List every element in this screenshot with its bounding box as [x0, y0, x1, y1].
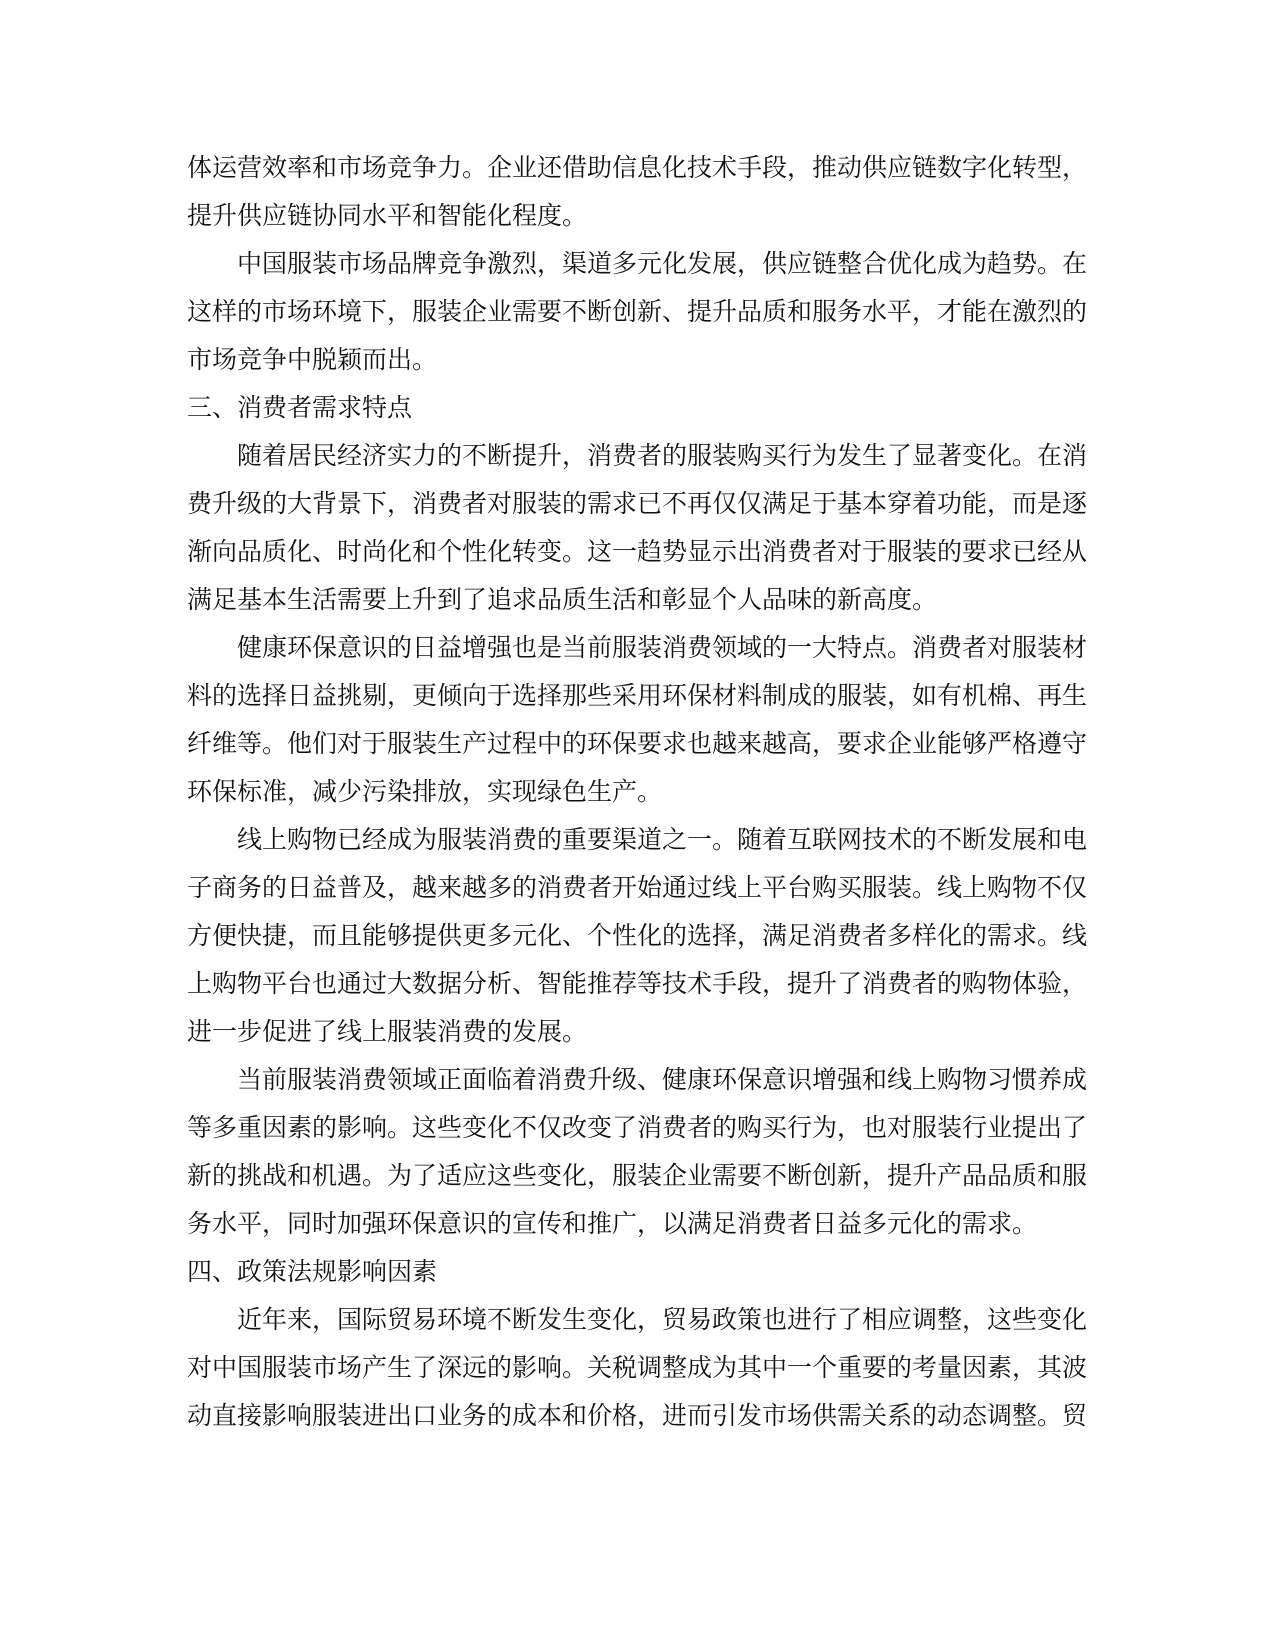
text-line: 当前服装消费领域正面临着消费升级、健康环保意识增强和线上购物习惯养成 [187, 1056, 1087, 1104]
text-line: 中国服装市场品牌竞争激烈，渠道多元化发展，供应链整合优化成为趋势。在 [187, 240, 1087, 288]
text-line: 费升级的大背景下，消费者对服装的需求已不再仅仅满足于基本穿着功能，而是逐 [187, 480, 1087, 528]
text-line: 上购物平台也通过大数据分析、智能推荐等技术手段，提升了消费者的购物体验， [187, 960, 1087, 1008]
text-line: 这样的市场环境下，服装企业需要不断创新、提升品质和服务水平，才能在激烈的 [187, 288, 1087, 336]
text-line: 体运营效率和市场竞争力。企业还借助信息化技术手段，推动供应链数字化转型， [187, 144, 1087, 192]
document-body: 体运营效率和市场竞争力。企业还借助信息化技术手段，推动供应链数字化转型，提升供应… [187, 144, 1087, 1440]
section-heading: 四、政策法规影响因素 [187, 1248, 1087, 1296]
text-line: 提升供应链协同水平和智能化程度。 [187, 192, 1087, 240]
text-line: 对中国服装市场产生了深远的影响。关税调整成为其中一个重要的考量因素，其波 [187, 1344, 1087, 1392]
text-line: 动直接影响服装进出口业务的成本和价格，进而引发市场供需关系的动态调整。贸 [187, 1392, 1087, 1440]
text-line: 健康环保意识的日益增强也是当前服装消费领域的一大特点。消费者对服装材 [187, 624, 1087, 672]
text-line: 纤维等。他们对于服装生产过程中的环保要求也越来越高，要求企业能够严格遵守 [187, 720, 1087, 768]
text-line: 渐向品质化、时尚化和个性化转变。这一趋势显示出消费者对于服装的要求已经从 [187, 528, 1087, 576]
text-line: 满足基本生活需要上升到了追求品质生活和彰显个人品味的新高度。 [187, 576, 1087, 624]
text-line: 环保标准，减少污染排放，实现绿色生产。 [187, 768, 1087, 816]
text-line: 近年来，国际贸易环境不断发生变化，贸易政策也进行了相应调整，这些变化 [187, 1296, 1087, 1344]
section-heading: 三、消费者需求特点 [187, 384, 1087, 432]
text-line: 料的选择日益挑剔，更倾向于选择那些采用环保材料制成的服装，如有机棉、再生 [187, 672, 1087, 720]
text-line: 等多重因素的影响。这些变化不仅改变了消费者的购买行为，也对服装行业提出了 [187, 1104, 1087, 1152]
text-line: 线上购物已经成为服装消费的重要渠道之一。随着互联网技术的不断发展和电 [187, 816, 1087, 864]
document-page: 体运营效率和市场竞争力。企业还借助信息化技术手段，推动供应链数字化转型，提升供应… [0, 0, 1275, 1650]
text-line: 随着居民经济实力的不断提升，消费者的服装购买行为发生了显著变化。在消 [187, 432, 1087, 480]
text-line: 方便快捷，而且能够提供更多元化、个性化的选择，满足消费者多样化的需求。线 [187, 912, 1087, 960]
text-line: 务水平，同时加强环保意识的宣传和推广，以满足消费者日益多元化的需求。 [187, 1200, 1087, 1248]
text-line: 子商务的日益普及，越来越多的消费者开始通过线上平台购买服装。线上购物不仅 [187, 864, 1087, 912]
text-line: 新的挑战和机遇。为了适应这些变化，服装企业需要不断创新，提升产品品质和服 [187, 1152, 1087, 1200]
text-line: 市场竞争中脱颖而出。 [187, 336, 1087, 384]
text-line: 进一步促进了线上服装消费的发展。 [187, 1008, 1087, 1056]
